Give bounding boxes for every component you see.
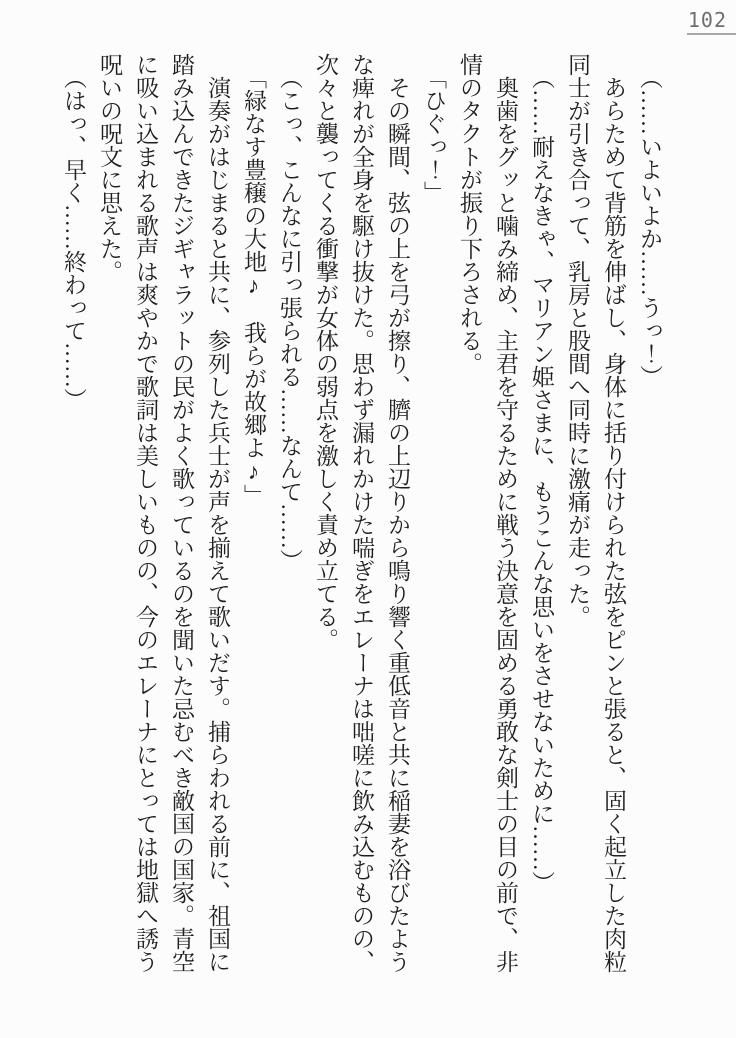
page-number-rule — [687, 33, 736, 35]
paragraph: あらためて背筋を伸ばし、身体に括り付けられた弦をピンと張ると、固く起立した肉粒 … — [559, 53, 631, 987]
paragraph: （……いよいよか……うっ！） — [631, 53, 667, 987]
page-number: 102 — [688, 10, 727, 30]
paragraph: （こっ、こんなに引っ張られる……なんて……） — [271, 53, 307, 987]
paragraph: （はっ、早く……終わって……） — [55, 53, 91, 987]
book-page: 102 （……いよいよか……うっ！）あらためて背筋を伸ばし、身体に括り付けられた… — [0, 0, 736, 1038]
paragraph: （……耐えなきゃ、マリアン姫さまに、もうこんな思いをさせないために……） — [523, 53, 559, 987]
paragraph: 演奏がはじまると共に、参列した兵士が声を揃えて歌いだす。捕らわれる前に、祖国に … — [91, 53, 235, 987]
paragraph: その瞬間、弦の上を弓が擦り、臍の上辺りから鳴り響く重低音と共に稲妻を浴びたよう … — [307, 53, 415, 987]
body-text: （……いよいよか……うっ！）あらためて背筋を伸ばし、身体に括り付けられた弦をピン… — [55, 53, 667, 987]
paragraph: 奥歯をグッと噛み締め、主君を守るために戦う決意を固める勇敢な剣士の目の前で、非 … — [451, 53, 523, 987]
paragraph: 「緑なす豊穣の大地♪ 我らが故郷よ♪」 — [235, 53, 271, 987]
paragraph: 「ひぐっ！」 — [415, 53, 451, 987]
